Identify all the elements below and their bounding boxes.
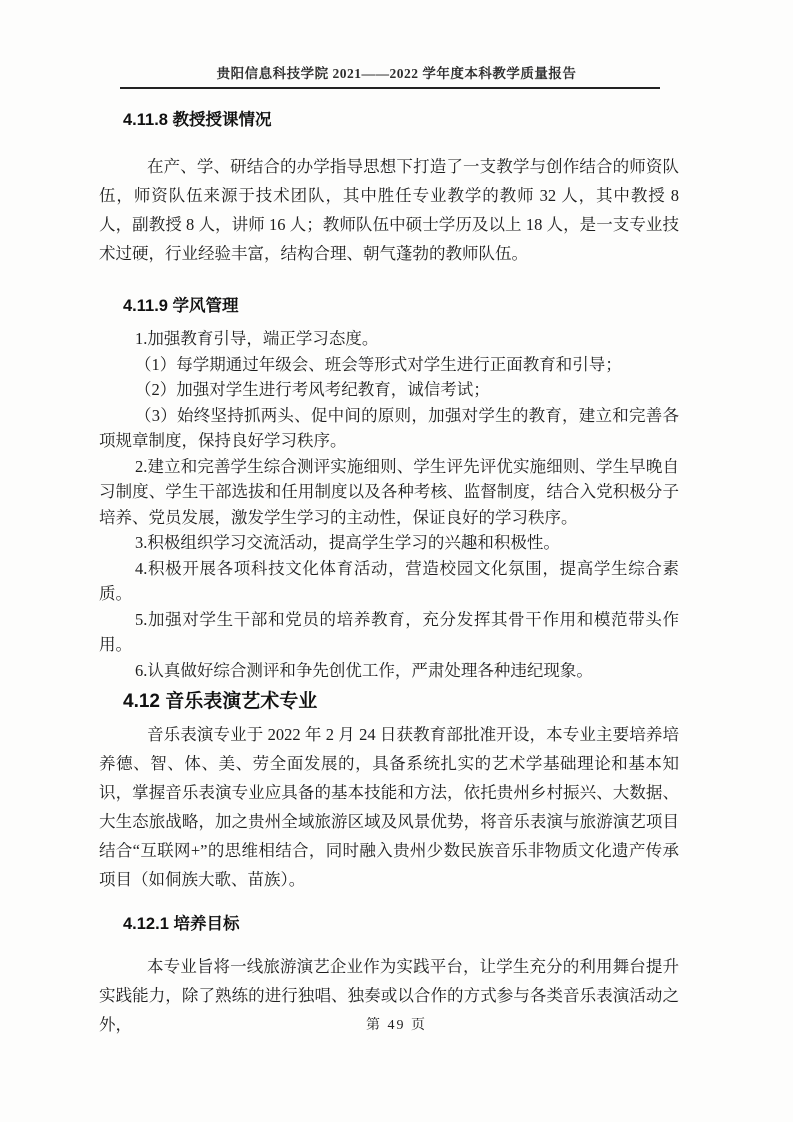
- paragraph-faculty-teaching: 在产、学、研结合的办学指导思想下打造了一支教学与创作结合的师资队伍，师资队伍来源…: [99, 152, 679, 268]
- list-item: （3）始终坚持抓两头、促中间的原则，加强对学生的教育，建立和完善各项规章制度，保…: [99, 403, 679, 454]
- list-item: 4.积极开展各项科技文化体育活动，营造校园文化氛围，提高学生综合素质。: [99, 556, 679, 607]
- study-style-measures-list: 1.加强教育引导，端正学习态度。 （1）每学期通过年级会、班会等形式对学生进行正…: [99, 326, 679, 683]
- document-page: 贵阳信息科技学院 2021——2022 学年度本科教学质量报告 4.11.8 教…: [0, 0, 793, 1122]
- list-item: 2.建立和完善学生综合测评实施细则、学生评先评优实施细则、学生早晚自习制度、学生…: [99, 454, 679, 531]
- running-header: 贵阳信息科技学院 2021——2022 学年度本科教学质量报告: [0, 62, 793, 82]
- list-item: 1.加强教育引导，端正学习态度。: [99, 326, 679, 352]
- section-heading-4-11-9: 4.11.9 学风管理: [123, 294, 679, 318]
- page-content: 4.11.8 教授授课情况 在产、学、研结合的办学指导思想下打造了一支教学与创作…: [99, 100, 679, 1039]
- list-item: 3.积极组织学习交流活动，提高学生学习的兴趣和积极性。: [99, 530, 679, 556]
- paragraph-music-performance-major: 音乐表演专业于 2022 年 2 月 24 日获教育部批准开设，本专业主要培养培…: [99, 720, 679, 894]
- header-rule: [120, 87, 660, 89]
- section-heading-4-11-8: 4.11.8 教授授课情况: [123, 108, 679, 132]
- list-item: （1）每学期通过年级会、班会等形式对学生进行正面教育和引导；: [99, 352, 679, 378]
- section-heading-4-12-1: 4.12.1 培养目标: [123, 912, 679, 936]
- list-item: （2）加强对学生进行考风考纪教育，诚信考试；: [99, 377, 679, 403]
- list-item: 6.认真做好综合测评和争先创优工作，严肃处理各种违纪现象。: [99, 658, 679, 684]
- list-item: 5.加强对学生干部和党员的培养教育，充分发挥其骨干作用和模范带头作用。: [99, 607, 679, 658]
- page-number: 第 49 页: [0, 1014, 793, 1034]
- section-heading-4-12: 4.12 音乐表演艺术专业: [123, 689, 679, 715]
